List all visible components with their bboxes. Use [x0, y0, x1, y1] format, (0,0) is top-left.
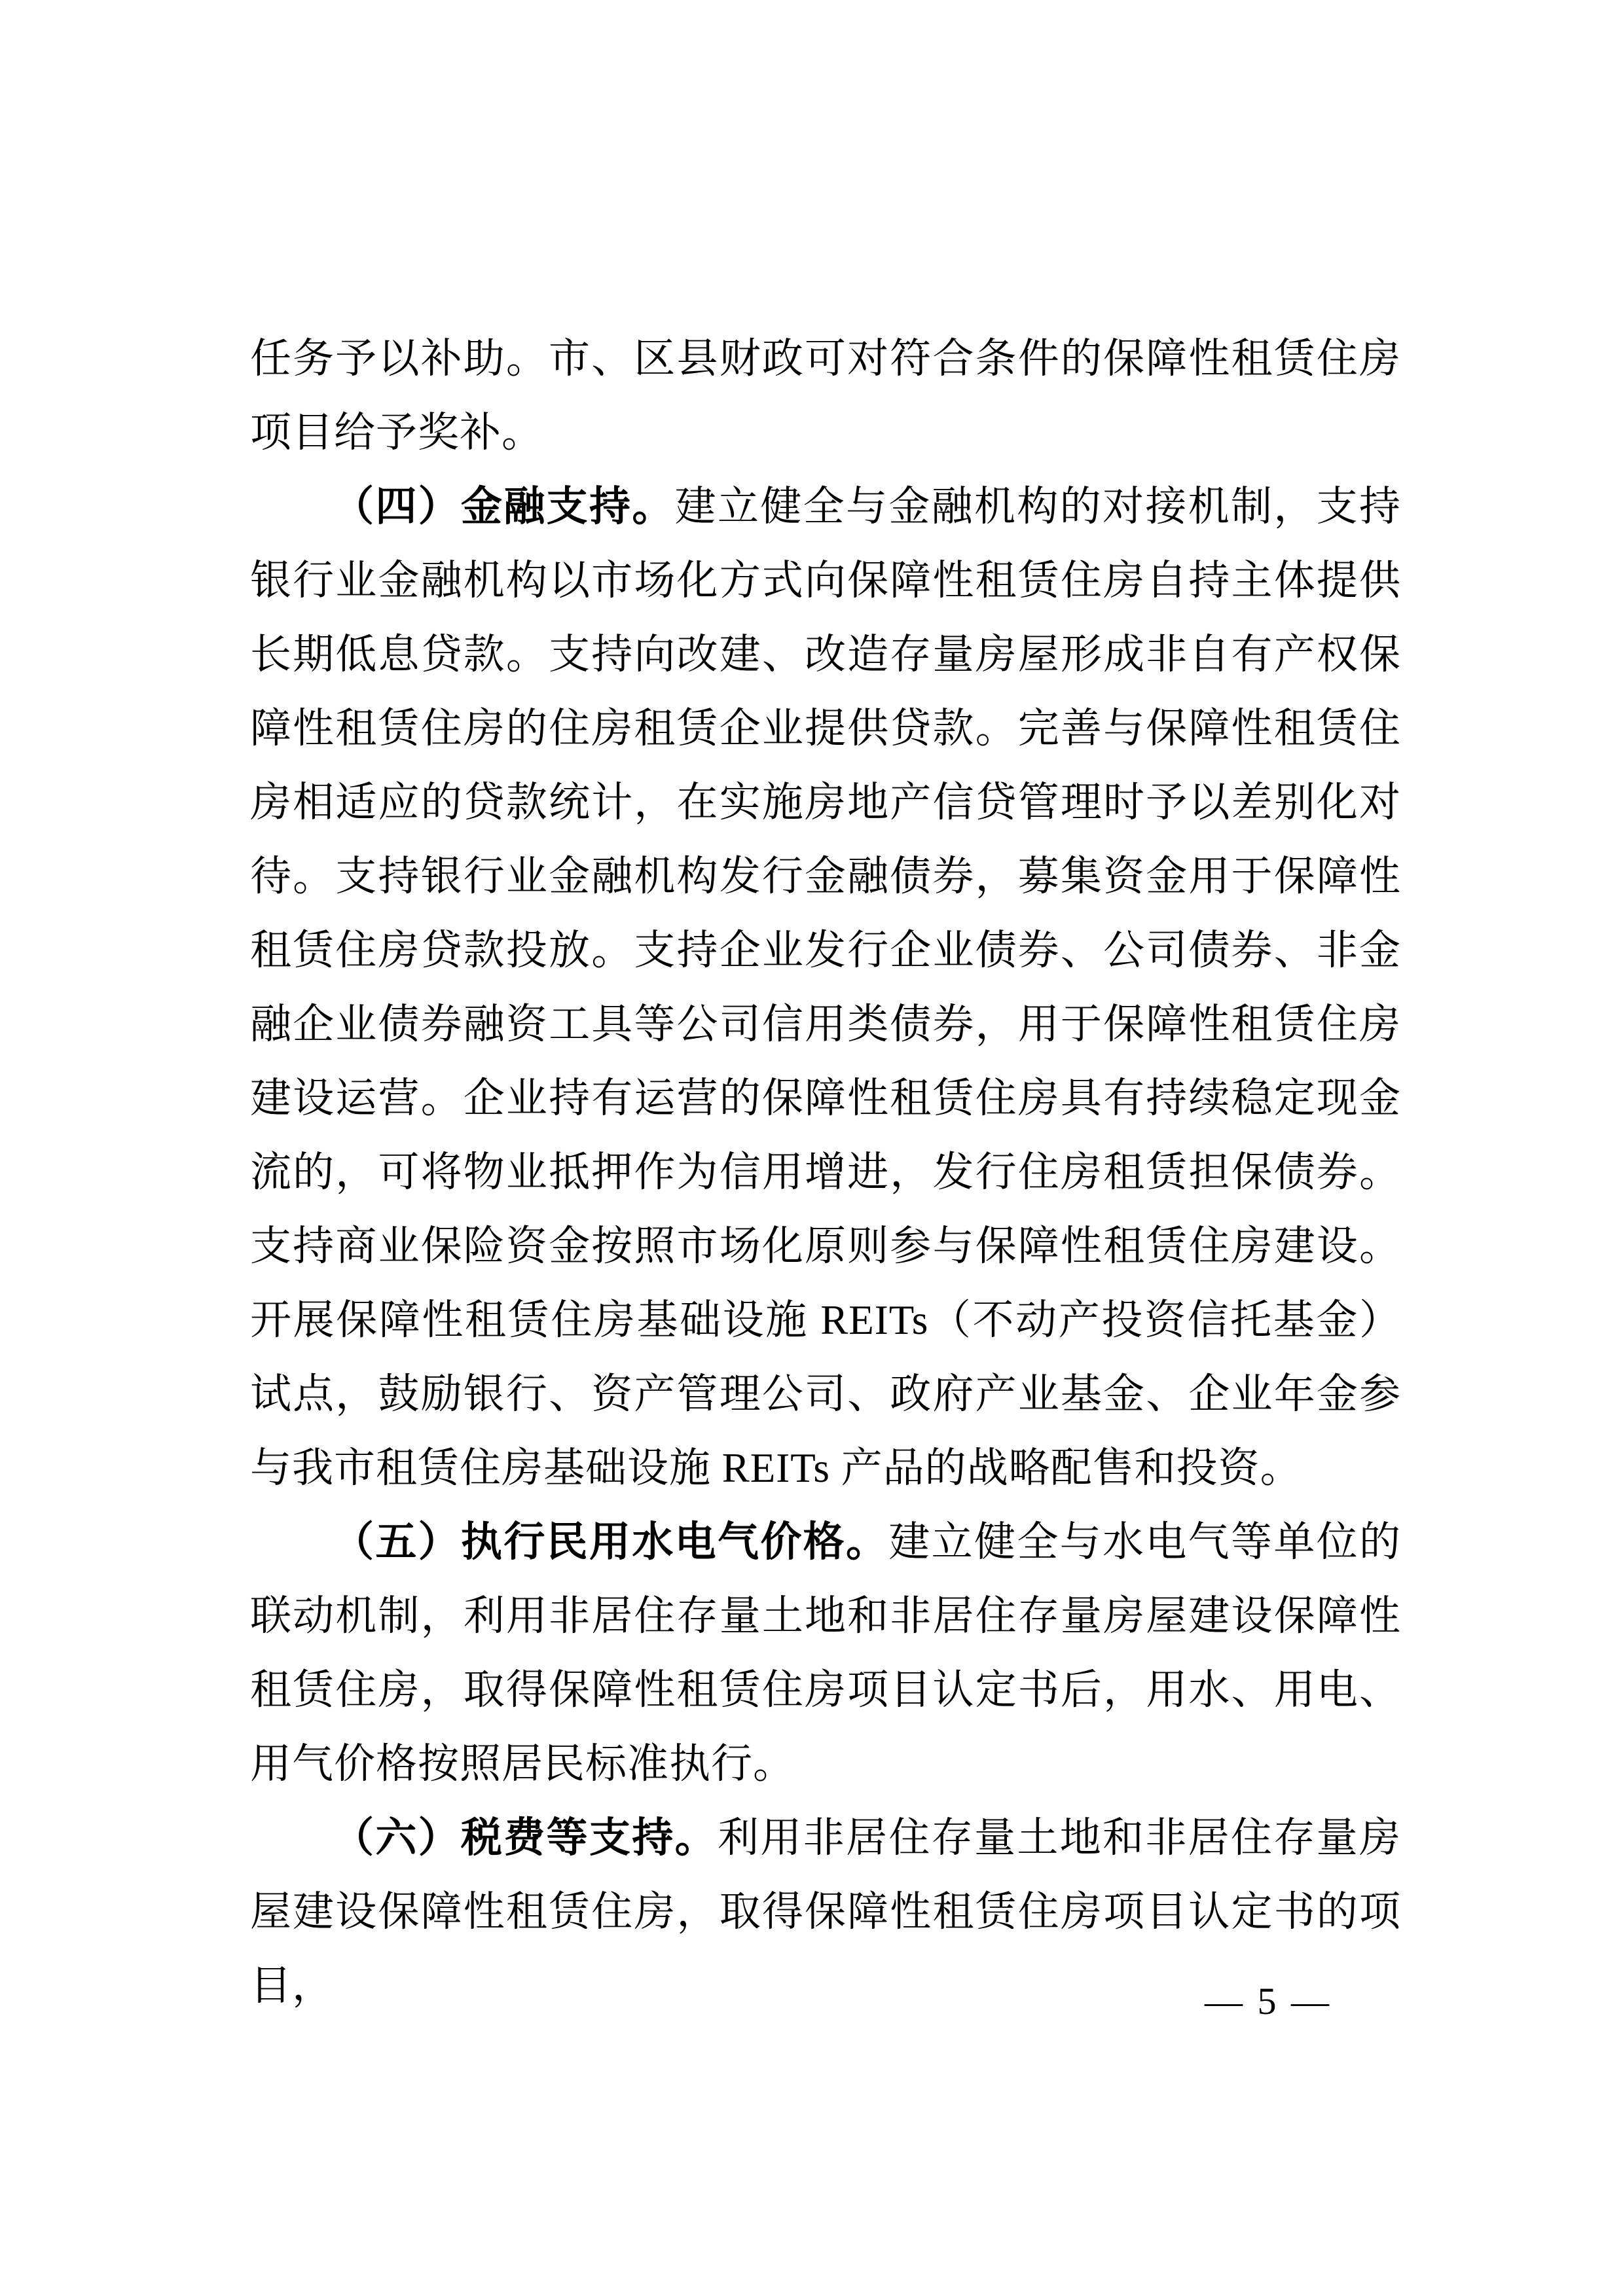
page-number: — 5 — [1205, 1969, 1332, 2034]
clause-text: 任务予以补助。市、区县财政可对符合条件的保障性租赁住房项目给予奖补。 [250, 336, 1401, 456]
document-page: 任务予以补助。市、区县财政可对符合条件的保障性租赁住房项目给予奖补。（四）金融支… [0, 0, 1623, 2296]
paragraph: （四）金融支持。建立健全与金融机构的对接机制，支持银行业金融机构以市场化方式向保… [250, 470, 1401, 1505]
clause-heading: （五）执行民用水电气价格。 [333, 1519, 888, 1565]
clause-text: 建立健全与金融机构的对接机制，支持银行业金融机构以市场化方式向保障性租赁住房自持… [250, 484, 1401, 1491]
document-body: 任务予以补助。市、区县财政可对符合条件的保障性租赁住房项目给予奖补。（四）金融支… [250, 322, 1401, 2023]
clause-heading: （六）税费等支持。 [333, 1815, 718, 1861]
clause-heading: （四）金融支持。 [333, 484, 675, 529]
paragraph: （五）执行民用水电气价格。建立健全与水电气等单位的联动机制，利用非居住存量土地和… [250, 1505, 1401, 1801]
paragraph: 任务予以补助。市、区县财政可对符合条件的保障性租赁住房项目给予奖补。 [250, 322, 1401, 470]
